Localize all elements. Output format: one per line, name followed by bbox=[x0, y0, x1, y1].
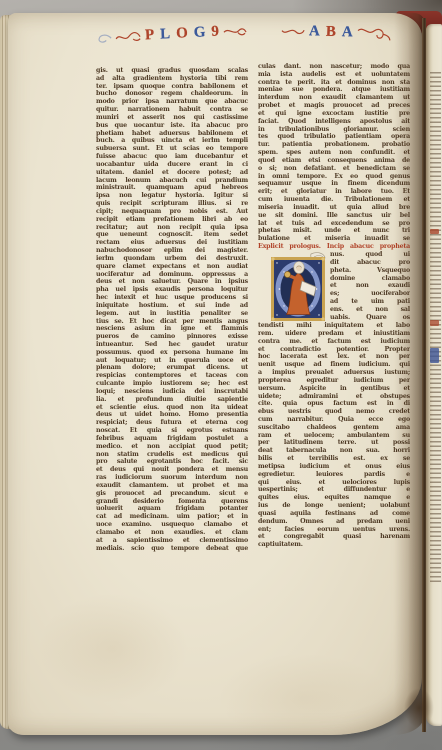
header-letter: P bbox=[145, 28, 155, 43]
text-line: pro salute egrotantis hoc facit. sic bbox=[96, 458, 248, 466]
text-line: modo prior ipsa narratum que abacuc bbox=[96, 98, 248, 106]
text-line: tendisti mihi iniquitatem et labo bbox=[258, 322, 410, 330]
text-line: in tribulationibus gloriamur. scien bbox=[258, 126, 410, 134]
text-line: in omni tempore. Ex eo quod genus bbox=[258, 173, 410, 181]
gutter-shadow bbox=[394, 13, 424, 735]
text-line: cat ad medicinam. uim patior; et in bbox=[96, 513, 248, 521]
facing-page-text-edge bbox=[430, 72, 441, 584]
text-line: pueros de camino pinnores exisse bbox=[96, 333, 248, 341]
text-line: per latitudinem terre. ut possi bbox=[258, 439, 410, 447]
text-line: pha uel ipsis exaudis persona loquitur bbox=[96, 286, 248, 294]
header-letter: A bbox=[309, 24, 320, 39]
text-line: cipit; nequaquam pro nobis est. Aut bbox=[96, 208, 248, 216]
text-line: ter. ipsam quoque contra babilonem et bbox=[96, 83, 248, 91]
text-line: bulatione et miseria inuadit se bbox=[258, 235, 410, 243]
text-line: meniae sue pondera. atque iustitiam bbox=[258, 86, 410, 94]
text-line: ius de longe uenient; uolabunt bbox=[258, 502, 410, 510]
text-line: lacum leonum abacuch cui prandium bbox=[96, 177, 248, 185]
text-line: ebus uestris quod nemo credet bbox=[258, 408, 410, 416]
text-line: culas dant. non nascetur; modo qua bbox=[258, 63, 410, 71]
text-line: uenit usque ad finem iudicium. qui bbox=[258, 361, 410, 369]
text-line: lat et tuis ad excedendum se pro bbox=[258, 220, 410, 228]
text-line: gis. ut quasi gradus quosdam scalas bbox=[96, 67, 248, 75]
text-line: propterea egreditur iudicium per bbox=[258, 377, 410, 385]
text-line: miseria inuadit. ut quia aliud bre bbox=[258, 204, 410, 212]
bread-loaf bbox=[285, 272, 291, 278]
text-line: cum narrabitur. Quia ecce ego bbox=[258, 416, 410, 424]
text-line: uoluerit aquam frigidam potanter bbox=[96, 505, 248, 513]
main-page: P L O G 9 A B A gis. ut quasi gradus quo… bbox=[8, 13, 422, 735]
text-line: phetiam habet aduersus babilonem et bbox=[96, 130, 248, 138]
text-line: quasi aquila festinans ad come bbox=[258, 510, 410, 518]
text-line: bus que uocantur iste. ita abacuc pro bbox=[96, 122, 248, 130]
text-line: egredietur. leuiores pardis e bbox=[258, 471, 410, 479]
text-line: ras iudiciorum suorum interdum non bbox=[96, 474, 248, 482]
text-line: ent; facies eorum uentus urens. bbox=[258, 526, 410, 534]
text-line: lia. et profundum diuitie sapientie bbox=[96, 396, 248, 404]
text-line: respiciat; deus futura et eterna cog bbox=[96, 419, 248, 427]
text-line: hec intexit et huc usque producens si bbox=[96, 294, 248, 302]
text-line: culcante impio iustiorem se; hec est bbox=[96, 380, 248, 388]
text-line: qui eius. et uelociores lupis bbox=[258, 479, 410, 487]
text-line: hoc lacerata est lex. et non per bbox=[258, 353, 410, 361]
text-line: interdum non exaudit clamantem ut bbox=[258, 94, 410, 102]
text-line: uociferatur ad dominum. oppressus a bbox=[96, 271, 248, 279]
text-line: sequamur usque in finem dicendum bbox=[258, 180, 410, 188]
text-line: loqui; nesciens iudicia dei inscrutabi bbox=[96, 388, 248, 396]
text-line: clamabo et non exaudies. et clam bbox=[96, 529, 248, 537]
text-line: faciat. Quod intelligens apostolus ait bbox=[258, 118, 410, 126]
text-line: muniri et asserit nos qui castissime bbox=[96, 114, 248, 122]
text-line: noscat. Et quia si egrotus estuans bbox=[96, 427, 248, 435]
header-letter: B bbox=[326, 24, 336, 39]
text-line: et congregabit quasi harenam bbox=[258, 533, 410, 541]
text-line: non statim crudelis est medicus qui bbox=[96, 451, 248, 459]
facing-page-initial-speck bbox=[430, 348, 439, 363]
historiated-initial-block: nus. quod uidit abacuc propheta. Vsquequ… bbox=[258, 251, 410, 322]
text-line: erit; et gloriatur in labore tuo. Et bbox=[258, 188, 410, 196]
header-letter: L bbox=[160, 27, 171, 43]
gutter-bottom-shadow bbox=[404, 688, 434, 728]
text-line: quod etiam etsi consequens anima de bbox=[258, 157, 410, 165]
text-line: deus et non saluetur. Quare in ipsius bbox=[96, 278, 248, 286]
header-letter: 9 bbox=[211, 25, 219, 40]
text-column-right: culas dant. non nascetur; modo quamia is… bbox=[258, 63, 410, 549]
header-letter: O bbox=[176, 26, 188, 42]
text-line: ram et uelocem; ambulantem su bbox=[258, 432, 410, 440]
text-line: uersum. Aspicite in gentibus et bbox=[258, 385, 410, 393]
running-header-left: P L O G 9 bbox=[96, 23, 249, 46]
text-line: ue sit domini. Ille sanctus uir bel bbox=[258, 212, 410, 220]
text-line: uespertinis; et diffundentur e bbox=[258, 486, 410, 494]
text-line: recipit etiam prefationem libri ab eo bbox=[96, 216, 248, 224]
chapter-text-lines: tendisti mihi iniquitatem et laborem. ui… bbox=[258, 322, 410, 549]
parchment-stain bbox=[38, 593, 188, 703]
text-line: et scientie eius. quod non ita uideat bbox=[96, 404, 248, 412]
text-line: a impius preualet aduersus iustum; bbox=[258, 369, 410, 377]
text-line: spem. spes autem non confundit. et bbox=[258, 149, 410, 157]
text-line: et deus qui nouit pondera et mensu bbox=[96, 466, 248, 474]
text-line: fuisse abacuc quo iam ducebantur et bbox=[96, 153, 248, 161]
facing-page-rubric-speck bbox=[430, 320, 439, 326]
text-line: uidete; admiramini et obstupes bbox=[258, 393, 410, 401]
text-line: respicias contemptores et taceas con bbox=[96, 372, 248, 380]
pen-flourish-icon bbox=[223, 24, 248, 38]
text-line: at a sapientissimo et clementissimo bbox=[96, 537, 248, 545]
text-line: dendum. Omnes ad predam ueni bbox=[258, 518, 410, 526]
parchment-stain bbox=[218, 653, 388, 743]
text-line: metipsa iudicium et onus eius bbox=[258, 463, 410, 471]
text-line: contra te perit. ita et dominus non sta bbox=[258, 79, 410, 87]
text-line: tur. patientia probationem. probatio bbox=[258, 141, 410, 149]
text-line: ministrauit. quamquam apud hebreos bbox=[96, 184, 248, 192]
text-line: contra me. et factum est iudicium bbox=[258, 338, 410, 346]
text-line: uitatem. daniel et docere potest; ad bbox=[96, 169, 248, 177]
text-line: exaudit clamantem. ut probet et ma bbox=[96, 482, 248, 490]
text-line: medico. et non accipiat quod petit; bbox=[96, 443, 248, 451]
text-line: plenam dolore; erumpat dicens. ut bbox=[96, 364, 248, 372]
text-line: grandi desiderio fomenta querens bbox=[96, 498, 248, 506]
text-line: mia ista audelis est et uoluntatem bbox=[258, 71, 410, 79]
text-line: ad alta gradientem hystoria tibi rem bbox=[96, 75, 248, 83]
text-line: gis prouocet ad precandum. sicut e bbox=[96, 490, 248, 498]
text-line: aut loquatur; ut in querula uoce et bbox=[96, 357, 248, 365]
text-line: captiuitatem. bbox=[258, 541, 410, 549]
text-line: febribus aquam frigidam postulet a bbox=[96, 435, 248, 443]
text-line: mediais. scio quo tempore debeat que bbox=[96, 545, 248, 553]
text-line: et contradictio potentior. Propter bbox=[258, 346, 410, 354]
text-line: o si; non defatiant. et benedictam se bbox=[258, 165, 410, 173]
text-line: quites eius. equites namque e bbox=[258, 494, 410, 502]
text-line: ipsa non legatur hystoria. Igitur si bbox=[96, 192, 248, 200]
text-line: quare clamet expectans et non audiat bbox=[96, 263, 248, 271]
text-line: rectam eius aduersus dei iustitiam bbox=[96, 239, 248, 247]
text-line: subuersa sunt. Et ut scias eo tempore bbox=[96, 145, 248, 153]
text-line: recitatur; aut non recipit quia ipsa bbox=[96, 224, 248, 232]
text-line: quitur. narrationem habuit contra se bbox=[96, 106, 248, 114]
text-line: uocabantur uida ducere erant in ci bbox=[96, 161, 248, 169]
text-line: suscitabo chaldeos gentem ama bbox=[258, 424, 410, 432]
text-line: cite. quia opus factum est in di bbox=[258, 400, 410, 408]
text-column-left: gis. ut quasi gradus quosdam scalasad al… bbox=[96, 67, 248, 552]
facing-page-sliver bbox=[426, 24, 442, 726]
text-line: et qui igne excoctam iustitie pre bbox=[258, 110, 410, 118]
text-line: ierlm quondam urbem dei destruxit. bbox=[96, 255, 248, 263]
text-line: buch. a quibus uincta et ierlm templi bbox=[96, 137, 248, 145]
text-line: uoce examino. usquequo clamabo et bbox=[96, 521, 248, 529]
historiated-initial-O bbox=[270, 252, 326, 322]
text-line: quis recipit scripturam illius. si re bbox=[96, 200, 248, 208]
text-line: possumus. quod ex persona humane im bbox=[96, 349, 248, 357]
text-line: tius se. Et hoc dicat per mentis angus bbox=[96, 318, 248, 326]
pen-flourish-icon bbox=[281, 24, 305, 38]
text-line: cum iuuenta die. Tribulationem et bbox=[258, 196, 410, 204]
text-line: phetas misit. unde et nunc tri bbox=[258, 227, 410, 235]
facing-page-rubric-speck bbox=[430, 229, 439, 234]
text-line: tes quod tribulatio patientiam opera bbox=[258, 133, 410, 141]
pen-flourish-icon bbox=[97, 32, 114, 45]
text-line: rem. uidere predam et iniustitiam bbox=[258, 330, 410, 338]
text-line: deus ut uidet homo. Homo presentia bbox=[96, 411, 248, 419]
header-letter: G bbox=[193, 25, 205, 41]
text-line: bilis et terribilis est. ex se bbox=[258, 455, 410, 463]
text-line: probet et magis prouocet ad preces bbox=[258, 102, 410, 110]
text-line: nabuchodonosor eplim dei magister. bbox=[96, 247, 248, 255]
header-letter: A bbox=[342, 25, 353, 40]
rubric-line: Explicit prologus. Incip abacuc propheta bbox=[258, 243, 410, 251]
pen-flourish-icon bbox=[115, 30, 142, 44]
manuscript-photo: P L O G 9 A B A gis. ut quasi gradus quo… bbox=[0, 0, 442, 750]
text-line: que ueneunt cognoscit. item sedet bbox=[96, 231, 248, 239]
text-line: intueantur. Sed hec gaudet uratur bbox=[96, 341, 248, 349]
text-line: legem. aut in iustitia penaliter se bbox=[96, 310, 248, 318]
text-line: nesciens asium in igne et flammis bbox=[96, 325, 248, 333]
text-line: iniquitate hostium. et sui inde ad bbox=[96, 302, 248, 310]
running-header-right: A B A bbox=[280, 23, 392, 42]
text-line: bucho donosor regem chaldeorum. in bbox=[96, 90, 248, 98]
prologue-end-lines: culas dant. non nascetur; modo quamia is… bbox=[258, 63, 410, 243]
pen-flourish-icon bbox=[356, 25, 390, 42]
text-line: deat tabernacula non sua. horri bbox=[258, 447, 410, 455]
